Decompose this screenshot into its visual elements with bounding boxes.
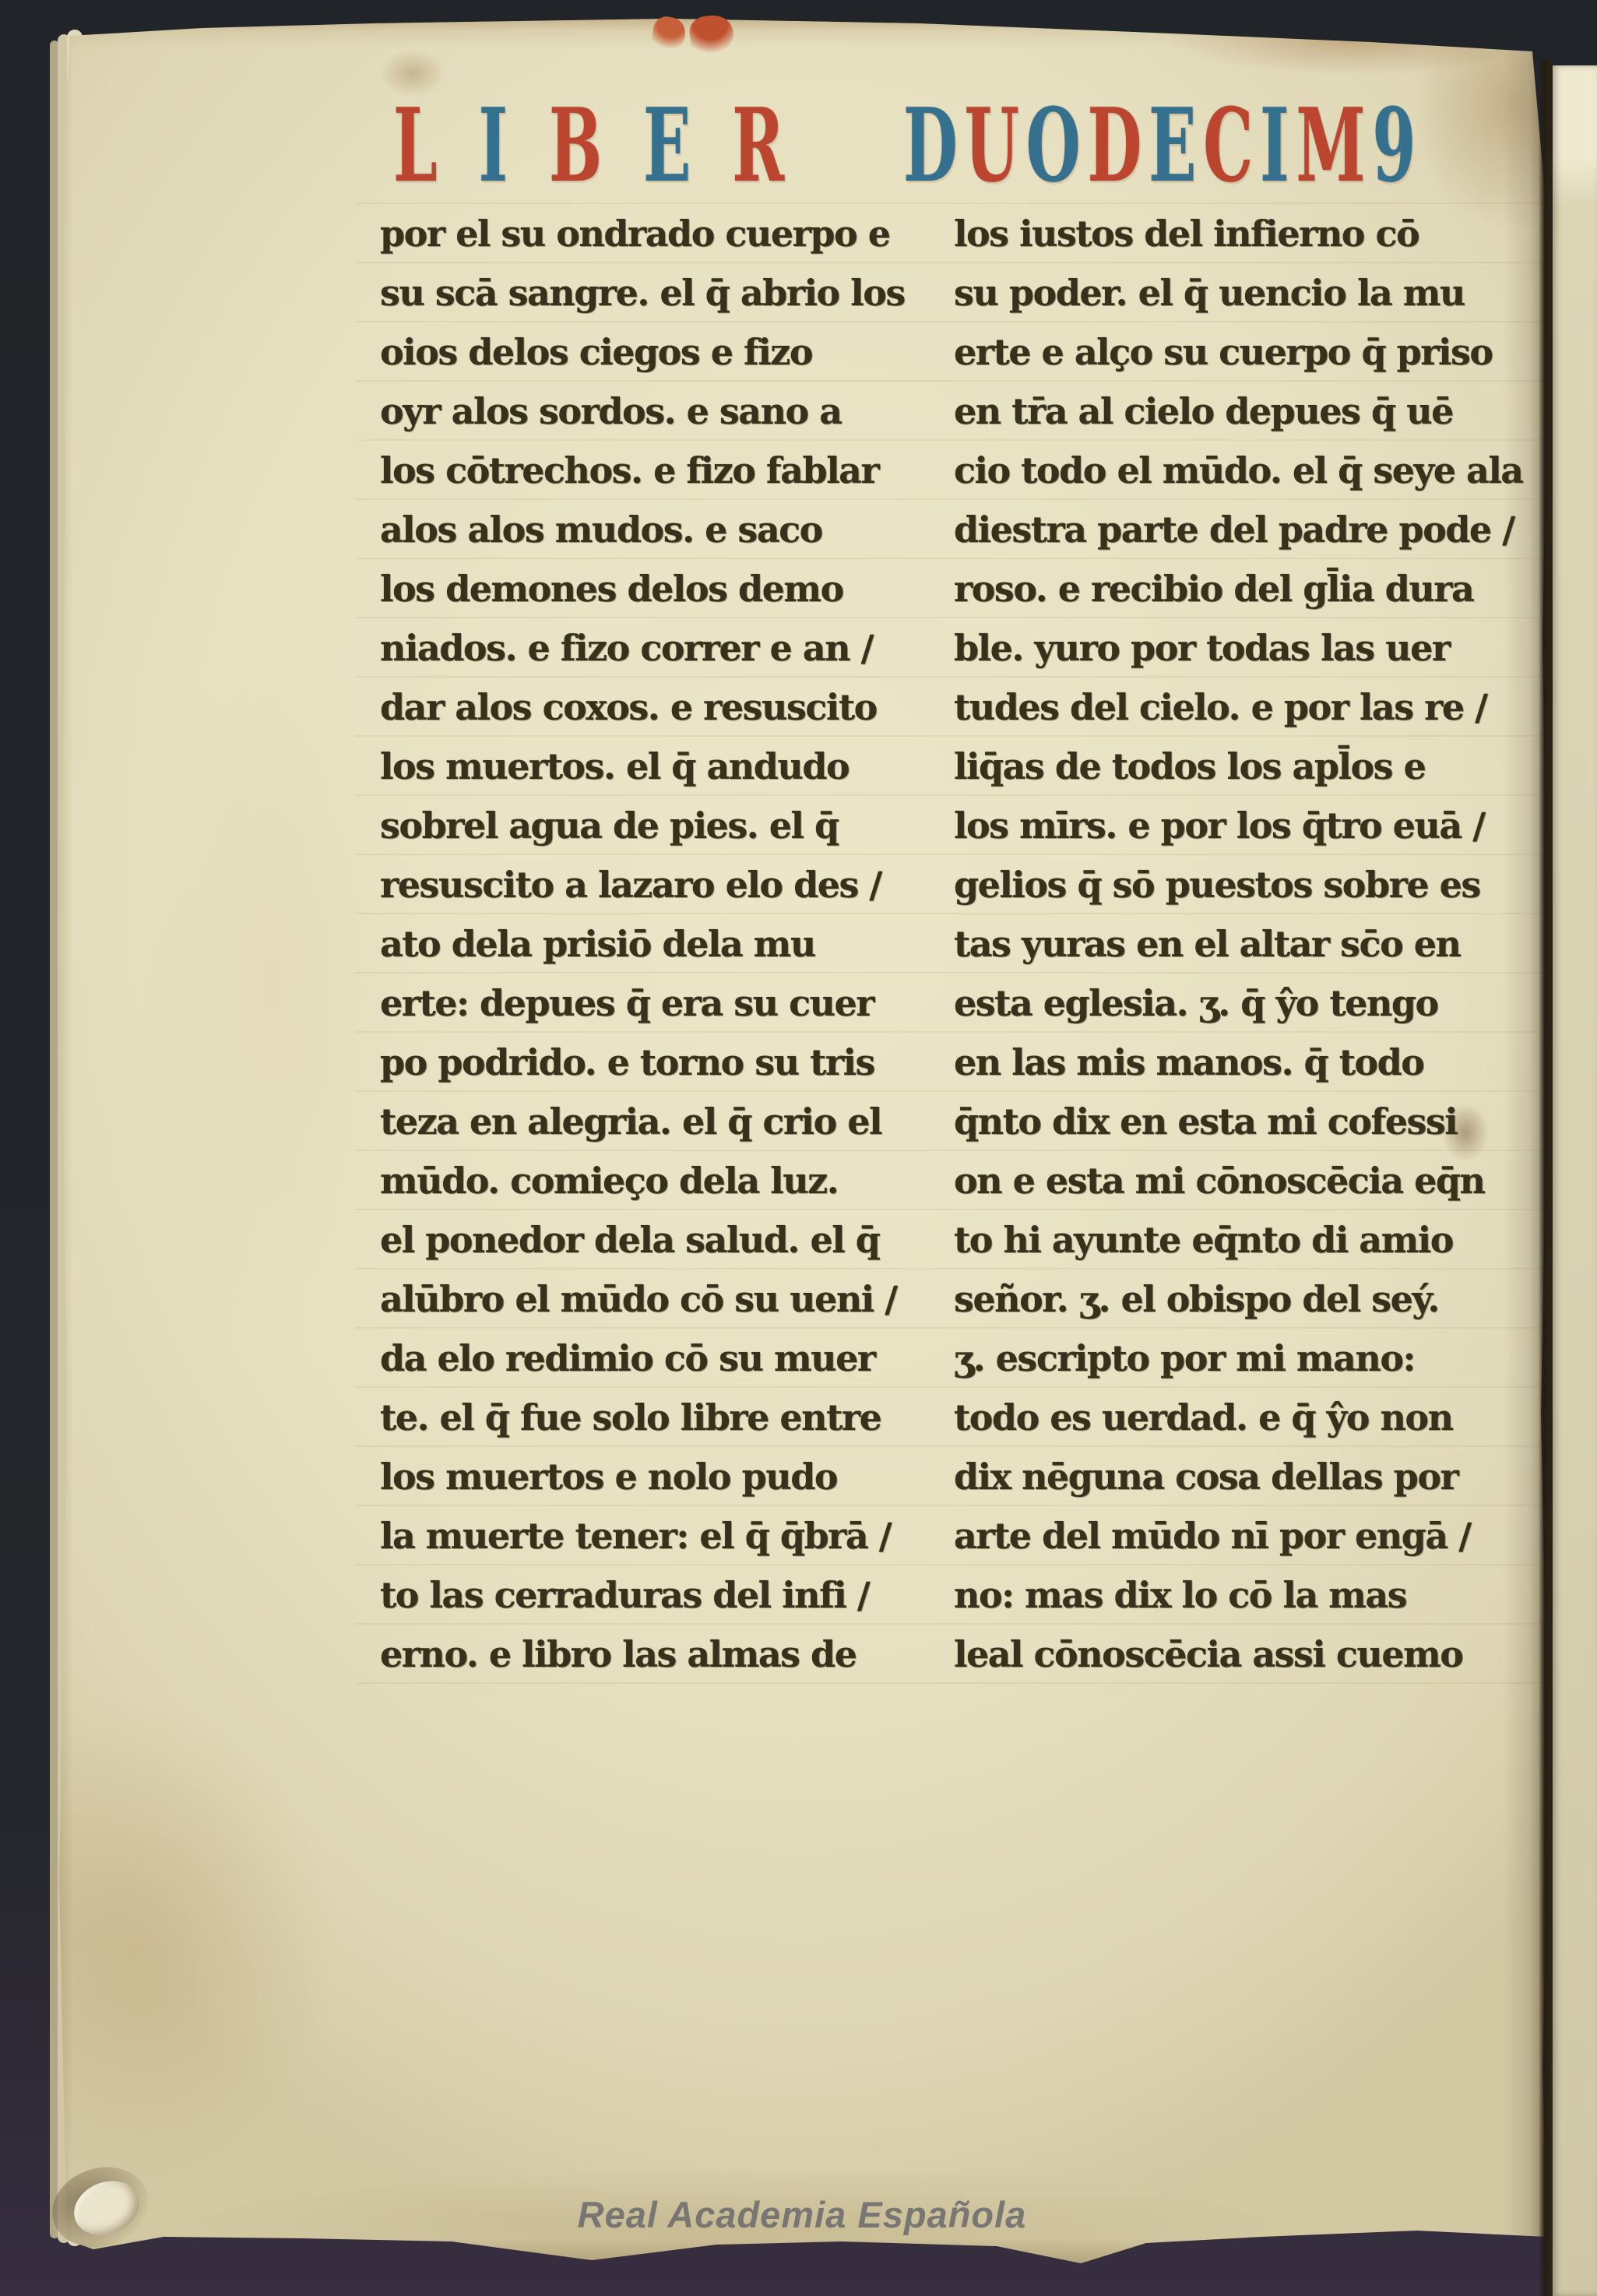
text-line: tudes del cielo. e por las re /	[954, 678, 1527, 737]
text-line: su poder. el q̄ uencio la mu	[954, 263, 1527, 322]
text-line: roso. e recibio del gl̄ia dura	[954, 559, 1527, 618]
text-line: alos alos mudos. e saco	[380, 500, 903, 559]
text-line: no: mas dix lo cō la mas	[954, 1565, 1527, 1625]
text-line: los muertos. el q̄ andudo	[380, 737, 903, 796]
text-line: da elo redimio cō su muer	[380, 1329, 903, 1388]
text-line: ble. yuro por todas las uer	[954, 618, 1527, 678]
illuminated-letter: E	[1149, 87, 1196, 204]
text-line: el ponedor dela salud. el q̄	[380, 1210, 903, 1269]
text-line: todo es uerdad. e q̄ ŷo non	[954, 1388, 1527, 1447]
watermark: Real Academia Española	[467, 2193, 1137, 2236]
text-line: to hi ayunte eq̄nto di amio	[954, 1210, 1527, 1269]
illuminated-letter: C	[1203, 87, 1253, 204]
text-line: en las mis manos. q̄ todo	[954, 1033, 1527, 1092]
text-line: dar alos coxos. e resuscito	[380, 678, 903, 737]
text-line: mūdo. comieço dela luz.	[380, 1151, 903, 1210]
text-line: por el su ondrado cuerpo e	[380, 204, 903, 263]
illuminated-letter: 9	[1372, 87, 1416, 204]
illuminated-letter: O	[1026, 87, 1081, 204]
text-line: cio todo el mūdo. el q̄ seye ala	[954, 441, 1527, 500]
text-line: liq̄as de todos los apl̄os e	[954, 737, 1527, 796]
illuminated-letter: D	[1087, 87, 1141, 204]
text-line: su scā sangre. el q̄ abrio los	[380, 263, 903, 322]
text-line: diestra parte del padre pode /	[954, 500, 1527, 559]
text-line: los iustos del infierno cō	[954, 204, 1527, 263]
text-line: los cōtrechos. e fizo fablar	[380, 441, 903, 500]
text-line: los mīrs. e por los q̄tro euā /	[954, 796, 1527, 855]
illuminated-letter: I	[478, 87, 508, 204]
illuminated-letter: I	[1260, 87, 1289, 204]
illuminated-letter: R	[732, 87, 784, 204]
text-line: resuscito a lazaro elo des /	[380, 855, 903, 914]
illuminated-letter: M	[1296, 87, 1365, 204]
heading-word-liber: LIBER	[393, 87, 784, 204]
text-line: en tr̄a al cielo depues q̄ uē	[954, 382, 1527, 441]
text-line: dix nēguna cosa dellas por	[954, 1447, 1527, 1506]
text-column-left: por el su ondrado cuerpo esu scā sangre.…	[380, 204, 903, 1684]
illuminated-letter: U	[965, 87, 1019, 204]
text-column-right: los iustos del infierno cōsu poder. el q…	[954, 204, 1527, 1684]
manuscript-photo-background: { "header": { "liber": [ {"ch":"L","colo…	[0, 0, 1597, 2296]
text-line: leal cōnoscēcia assi cuemo	[954, 1625, 1527, 1684]
text-line: gelios q̄ sō puestos sobre es	[954, 855, 1527, 914]
text-line: po podrido. e torno su tris	[380, 1033, 903, 1092]
illuminated-letter: E	[643, 87, 691, 204]
text-line: sobrel agua de pies. el q̄	[380, 796, 903, 855]
text-line: oyr alos sordos. e sano a	[380, 382, 903, 441]
text-line: on e esta mi cōnoscēcia eq̄n	[954, 1151, 1527, 1210]
text-line: niados. e fizo correr e an /	[380, 618, 903, 678]
text-line: teza en alegria. el q̄ crio el	[380, 1092, 903, 1151]
text-line: los muertos e nolo pudo	[380, 1447, 903, 1506]
text-line: ʒ. escripto por mi mano:	[954, 1329, 1527, 1388]
heading-word-duodecimo: DUODECIM9	[903, 87, 1416, 204]
text-line: q̄nto dix en esta mi cofessi	[954, 1092, 1527, 1151]
text-line: erte e alço su cuerpo q̄ priso	[954, 322, 1527, 382]
text-line: to las cerraduras del infi /	[380, 1565, 903, 1625]
text-line: señor. ʒ. el obispo del seý.	[954, 1269, 1527, 1329]
text-line: erno. e libro las almas de	[380, 1625, 903, 1684]
page-gutter-seam	[1539, 59, 1554, 2296]
text-line: te. el q̄ fue solo libre entre	[380, 1388, 903, 1447]
next-page-edge	[1553, 65, 1597, 2296]
text-line: arte del mūdo nī por engā /	[954, 1506, 1527, 1565]
illuminated-letter: D	[903, 87, 958, 204]
illuminated-letter: L	[393, 87, 438, 204]
text-line: alūbro el mūdo cō su ueni /	[380, 1269, 903, 1329]
text-line: esta eglesia. ʒ. q̄ ŷo tengo	[954, 974, 1527, 1033]
illuminated-letter: B	[549, 87, 602, 204]
text-line: ato dela prisiō dela mu	[380, 914, 903, 974]
text-line: la muerte tener: el q̄ q̄brā /	[380, 1506, 903, 1565]
text-line: erte: depues q̄ era su cuer	[380, 974, 903, 1033]
text-line: oios delos ciegos e fizo	[380, 322, 903, 382]
text-line: los demones delos demo	[380, 559, 903, 618]
text-line: tas yuras en el altar sc̄o en	[954, 914, 1527, 974]
manuscript-page: LIBER DUODECIM9 por el su ondrado cuerpo…	[47, 12, 1551, 2273]
